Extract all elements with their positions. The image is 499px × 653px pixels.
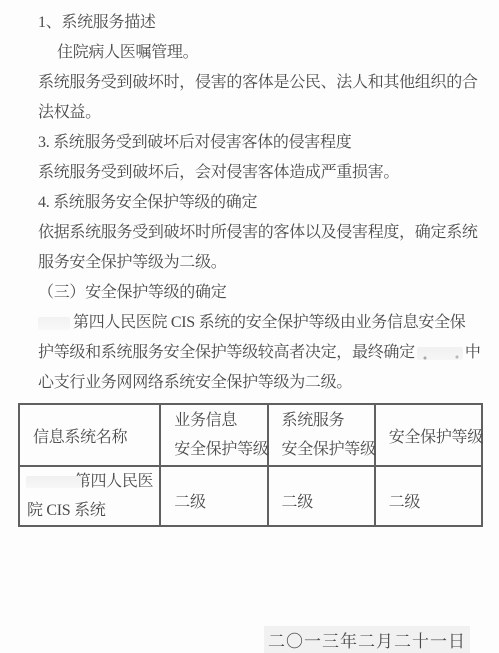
heading-service-level-determination: 4. 系统服务安全保护等级的确定 (38, 188, 473, 218)
paragraph-line: 系统服务受到破坏后，会对侵害客体造成严重损害。 (38, 158, 473, 188)
header-text: 安全保护等级 (376, 424, 481, 447)
paragraph-line: 依据系统服务受到破坏时所侵害的客体以及侵害程度，确定系统 (38, 218, 473, 248)
paragraph-line: 住院病人医嘱管理。 (38, 38, 473, 68)
document-body: 1、系统服务描述 住院病人医嘱管理。 系统服务受到破坏时，侵害的客体是公民、法人… (0, 0, 499, 398)
paragraph-line: 服务安全保护等级为二级。 (38, 248, 473, 278)
cell-text: 二级 (161, 481, 266, 512)
paragraph-text: 第四人民医院 CIS 系统的安全保护等级由业务信息安全保 (73, 314, 466, 331)
document-page: 1、系统服务描述 住院病人医嘱管理。 系统服务受到破坏时，侵害的客体是公民、法人… (0, 0, 499, 653)
cell-business-info-level: 二级 (160, 466, 267, 526)
paragraph-line: 护等级和系统服务安全保护等级较高者决定，最终确定中 (38, 338, 473, 368)
cell-text: 第四人民医 (20, 467, 159, 496)
paragraph-line: 法权益。 (38, 98, 473, 128)
header-cell-system-name: 信息系统名称 (19, 404, 160, 466)
heading-protection-level-determination: （三）安全保护等级的确定 (38, 278, 473, 308)
paragraph-text: 护等级和系统服务安全保护等级较高者决定，最终确定 (38, 344, 415, 361)
paragraph-line: 第四人民医院 CIS 系统的安全保护等级由业务信息安全保 (38, 308, 473, 338)
header-cell-system-service: 系统服务 安全保护等级 (268, 404, 375, 466)
cell-text: 院 CIS 系统 (20, 496, 159, 525)
table-row: 第四人民医 院 CIS 系统 二级 二级 二级 (19, 466, 482, 526)
protection-level-table: 信息系统名称 业务信息 安全保护等级 系统服务 安全保护等级 安全保护等级 第四… (18, 403, 483, 527)
cell-protection-level: 二级 (375, 466, 482, 526)
cell-text: 二级 (269, 481, 374, 512)
header-text: 系统服务 (269, 406, 374, 435)
redaction-smudge (26, 476, 82, 488)
cell-system-name: 第四人民医 院 CIS 系统 (19, 466, 160, 526)
redaction-smudge (38, 317, 70, 330)
header-text: 安全保护等级 (161, 435, 266, 464)
table-header-row: 信息系统名称 业务信息 安全保护等级 系统服务 安全保护等级 安全保护等级 (19, 404, 482, 466)
header-text: 业务信息 (161, 406, 266, 435)
header-cell-business-info: 业务信息 安全保护等级 (160, 404, 267, 466)
heading-damage-degree: 3. 系统服务受到破坏后对侵害客体的侵害程度 (38, 128, 473, 158)
document-date: 二〇一三年二月二十一日 (264, 626, 470, 653)
header-text: 信息系统名称 (20, 424, 159, 447)
redaction-smudge (417, 347, 463, 360)
header-cell-protection-level: 安全保护等级 (375, 404, 482, 466)
paragraph-line: 心支行业务网网络系统安全保护等级为二级。 (38, 368, 473, 398)
paragraph-text: 中 (465, 344, 481, 361)
heading-system-service-description: 1、系统服务描述 (38, 8, 473, 38)
header-text: 安全保护等级 (269, 435, 374, 464)
paragraph-line: 系统服务受到破坏时，侵害的客体是公民、法人和其他组织的合 (38, 68, 473, 98)
cell-system-service-level: 二级 (268, 466, 375, 526)
cell-text: 二级 (376, 481, 481, 512)
